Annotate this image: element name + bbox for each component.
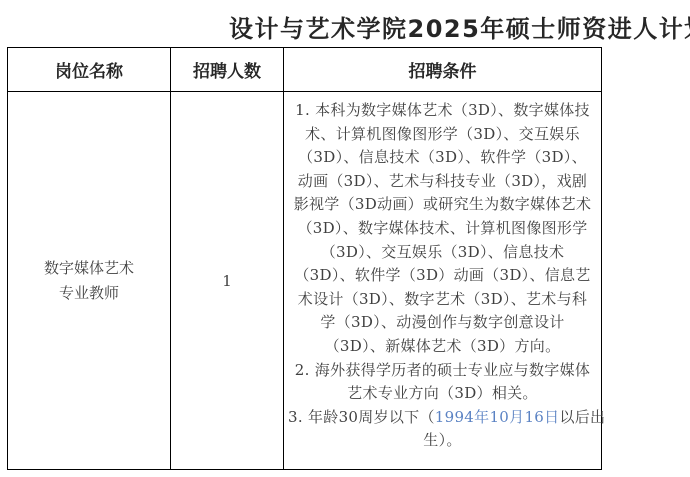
condition-line: （3D）、信息技术（3D）、软件学（3D）、 (288, 146, 597, 170)
conditions-cell: 1. 本科为数字媒体艺术（3D）、数字媒体技术、计算机图像图形学（3D）、交互娱… (284, 92, 602, 470)
count-cell: 1 (171, 92, 284, 470)
condition-segment: 以后出 (559, 408, 605, 426)
condition-segment: 术、计算机图像图形学（3D）、交互娱乐 (305, 125, 580, 143)
condition-segment: （3D）、新媒体艺术（3D）方向。 (325, 337, 561, 355)
condition-line: 学（3D）、动漫创作与数字创意设计 (288, 311, 597, 335)
condition-line: 动画（3D）、艺术与科技专业（3D），戏剧 (288, 170, 597, 194)
condition-line: 术设计（3D）、数字艺术（3D）、艺术与科 (288, 288, 597, 312)
position-line-2: 专业教师 (8, 281, 170, 306)
condition-line: （3D）、数字媒体技术、计算机图像图形学 (288, 217, 597, 241)
condition-line: （3D）、交互娱乐（3D）、信息技术 (288, 241, 597, 265)
recruitment-table: 岗位名称 招聘人数 招聘条件 数字媒体艺术 专业教师 1 1. 本科为数字媒体艺… (7, 47, 602, 470)
condition-segment: 学（3D）、动漫创作与数字创意设计 (320, 313, 564, 331)
condition-segment: （3D）、交互娱乐（3D）、信息技术 (321, 243, 565, 261)
condition-line: （3D）、软件学（3D）动画（3D）、信息艺 (288, 264, 597, 288)
condition-segment: （3D）、软件学（3D）动画（3D）、信息艺 (294, 266, 590, 284)
header-recruit-conditions: 招聘条件 (284, 48, 602, 92)
condition-segment: 2. 海外获得学历者的硕士专业应与数字媒体 (295, 361, 590, 379)
conditions-text: 1. 本科为数字媒体艺术（3D）、数字媒体技术、计算机图像图形学（3D）、交互娱… (288, 99, 597, 453)
position-line-1: 数字媒体艺术 (8, 256, 170, 281)
birthdate-highlight: 1994年10月16日 (435, 408, 560, 426)
condition-segment: 1. 本科为数字媒体艺术（3D）、数字媒体技 (295, 101, 590, 119)
table-row: 数字媒体艺术 专业教师 1 1. 本科为数字媒体艺术（3D）、数字媒体技术、计算… (8, 92, 602, 470)
condition-line: 生）。 (288, 429, 597, 453)
condition-segment: 动画（3D）、艺术与科技专业（3D），戏剧 (298, 172, 587, 190)
document-page: 设计与艺术学院2025年硕士师资进人计划 岗位名称 招聘人数 招聘条件 数字媒体… (0, 0, 690, 477)
condition-segment: 生）。 (423, 431, 461, 449)
position-cell: 数字媒体艺术 专业教师 (8, 92, 171, 470)
condition-line: 3. 年龄30周岁以下（1994年10月16日以后出 (288, 406, 597, 430)
header-row: 岗位名称 招聘人数 招聘条件 (8, 48, 602, 92)
condition-line: （3D）、新媒体艺术（3D）方向。 (288, 335, 597, 359)
condition-segment: 3. 年龄30周岁以下（ (288, 408, 435, 426)
header-recruit-count: 招聘人数 (171, 48, 284, 92)
page-title: 设计与艺术学院2025年硕士师资进人计划 (229, 16, 690, 42)
condition-segment: （3D）、数字媒体技术、计算机图像图形学 (297, 219, 587, 237)
condition-line: 1. 本科为数字媒体艺术（3D）、数字媒体技 (288, 99, 597, 123)
condition-segment: 艺术专业方向（3D）相关。 (347, 384, 537, 402)
condition-line: 2. 海外获得学历者的硕士专业应与数字媒体 (288, 359, 597, 383)
condition-segment: 影视学（3D动画）或研究生为数字媒体艺术 (294, 195, 592, 213)
condition-line: 术、计算机图像图形学（3D）、交互娱乐 (288, 123, 597, 147)
condition-line: 艺术专业方向（3D）相关。 (288, 382, 597, 406)
header-position-name: 岗位名称 (8, 48, 171, 92)
condition-segment: （3D）、信息技术（3D）、软件学（3D）、 (298, 148, 587, 166)
condition-line: 影视学（3D动画）或研究生为数字媒体艺术 (288, 193, 597, 217)
condition-segment: 术设计（3D）、数字艺术（3D）、艺术与科 (298, 290, 587, 308)
